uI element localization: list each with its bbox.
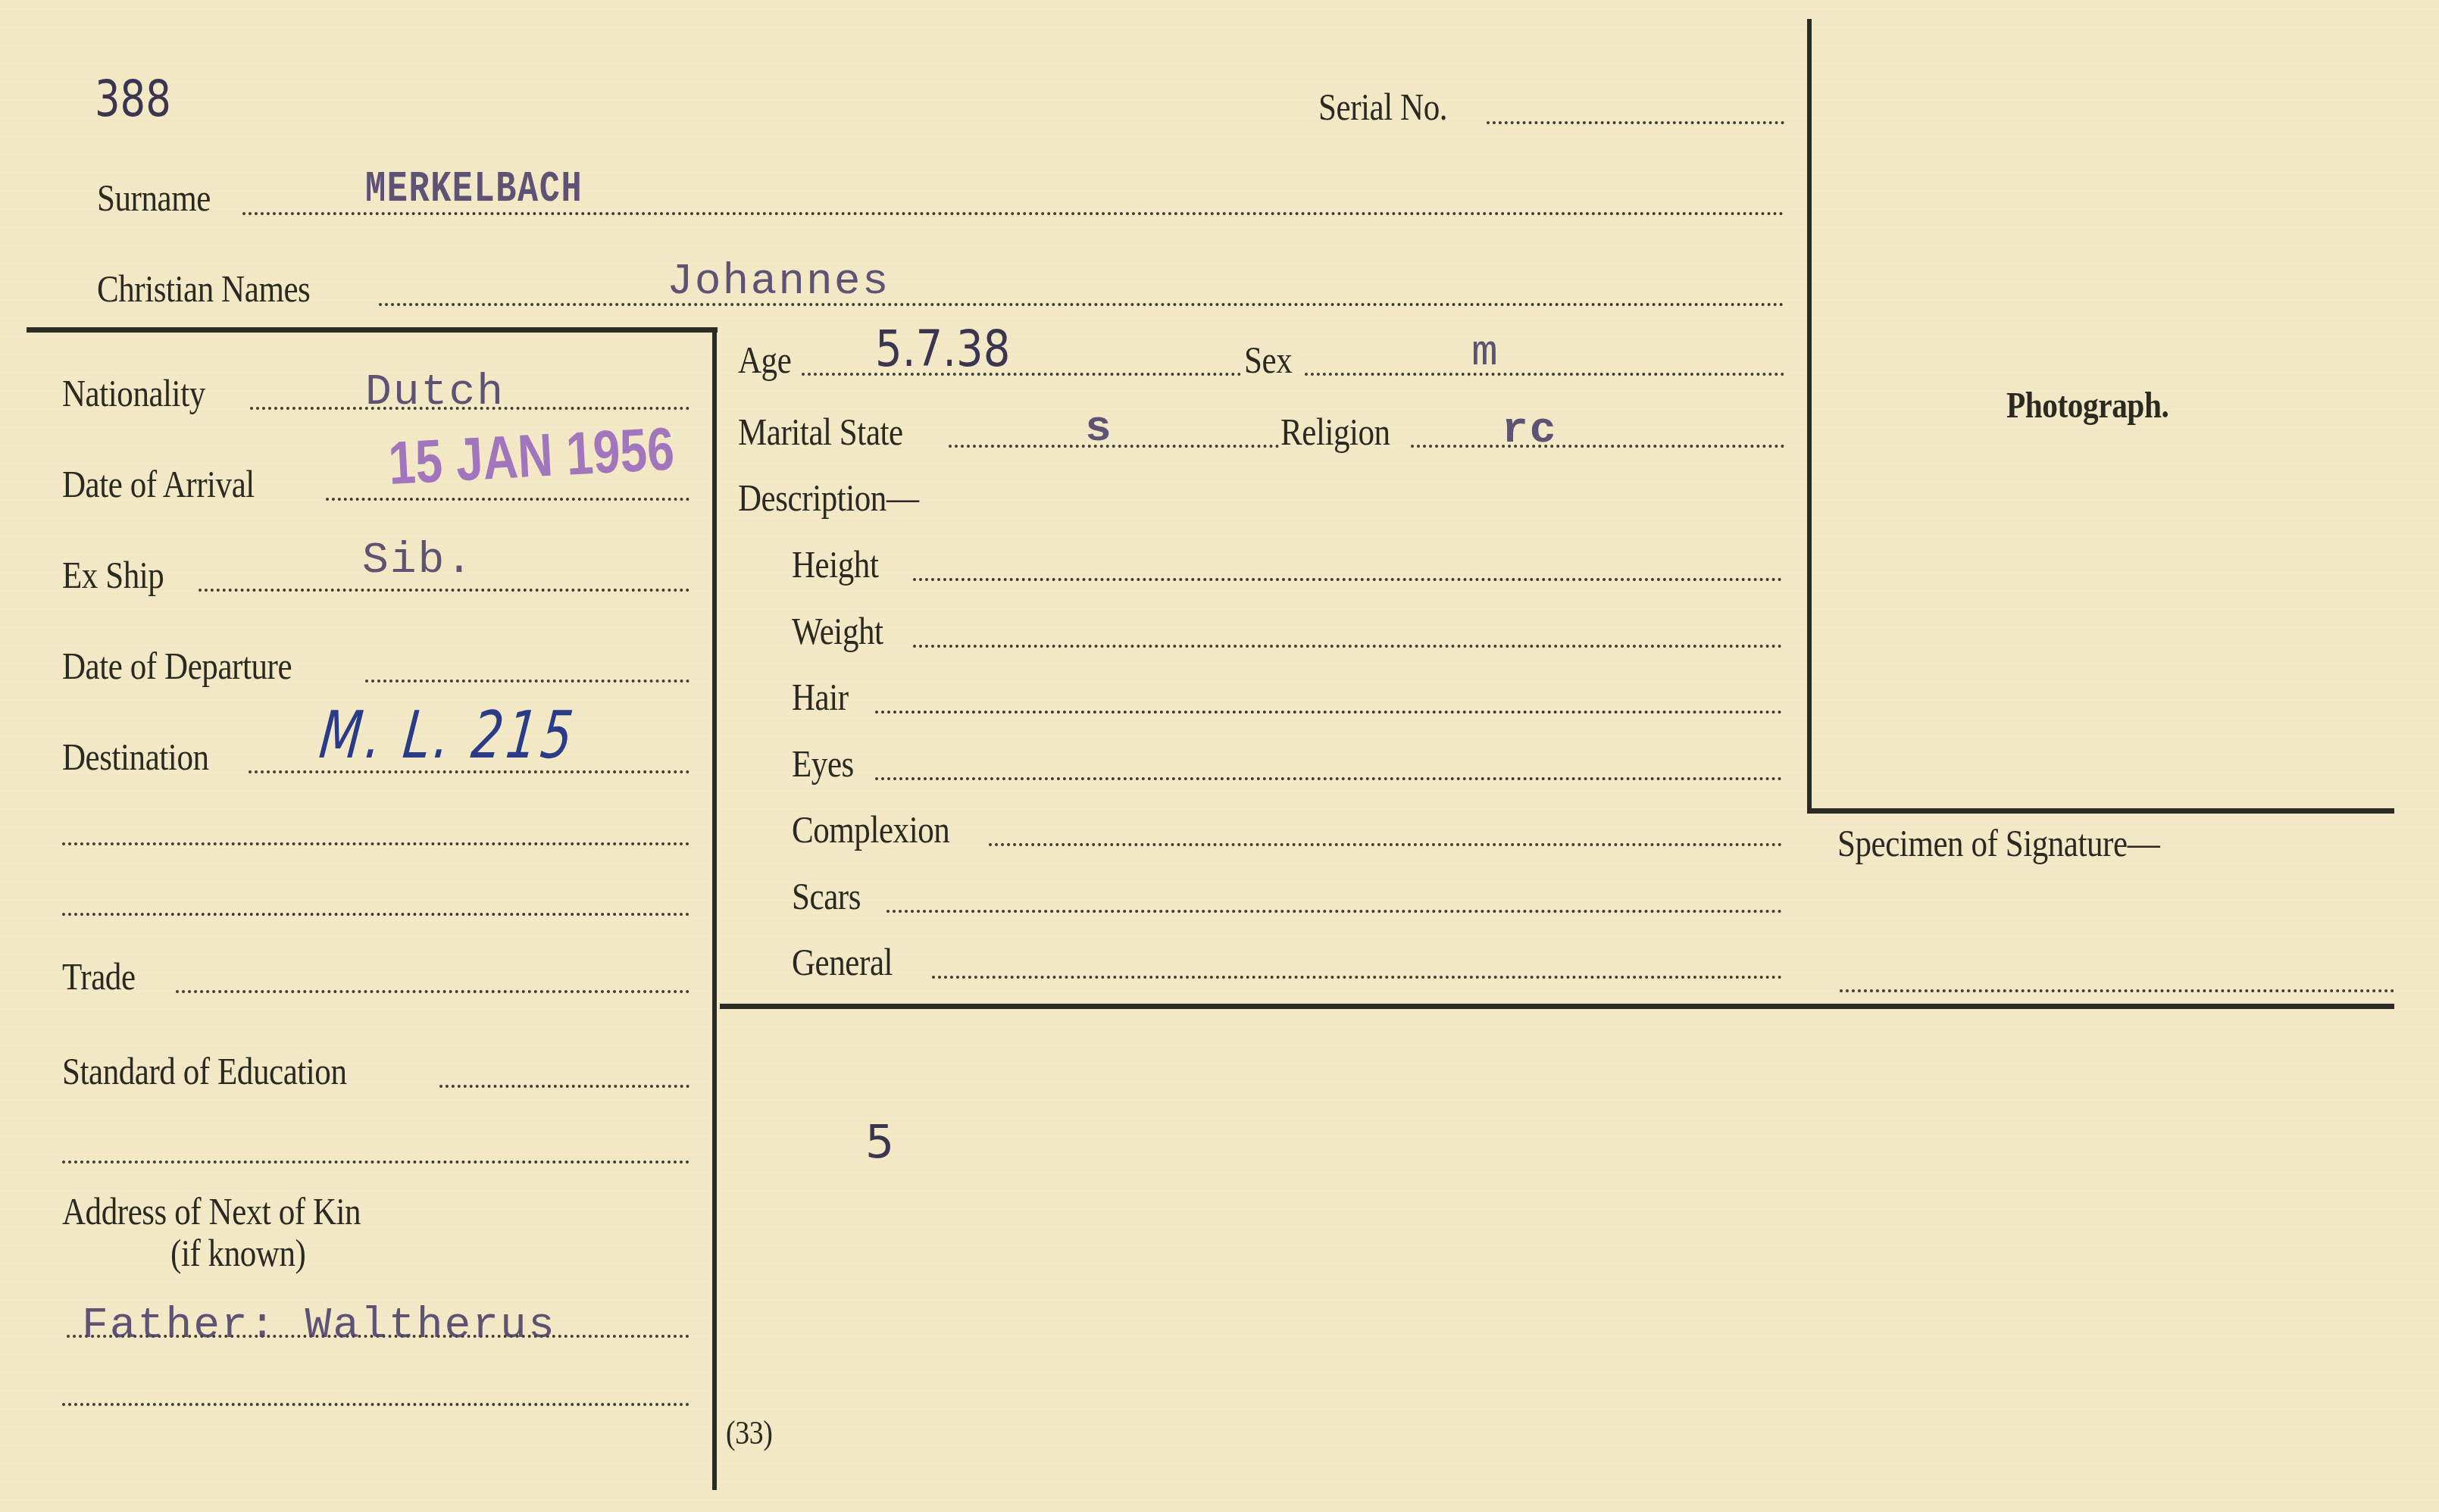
description-scars-field[interactable] <box>886 910 1782 913</box>
next-of-kin-label: Address of Next of Kin <box>62 1192 361 1230</box>
christian-names-value: Johannes <box>667 261 890 305</box>
serial-no-label: Serial No. <box>1318 88 1447 126</box>
lower-note-number: 5 <box>865 1120 894 1165</box>
form-number: (33) <box>726 1417 772 1450</box>
standard-of-education-label: Standard of Education <box>62 1052 346 1090</box>
ex-ship-value: Sib. <box>362 539 474 583</box>
religion-value: rc <box>1502 409 1558 453</box>
serial-no-field[interactable] <box>1487 121 1784 124</box>
description-heading: Description— <box>738 479 918 517</box>
description-scars-label: Scars <box>792 877 861 915</box>
age-field[interactable] <box>802 373 1241 376</box>
sex-value: m <box>1471 332 1499 376</box>
christian-names-label: Christian Names <box>97 270 310 308</box>
left-column-divider <box>712 327 717 1490</box>
sex-label: Sex <box>1244 341 1292 379</box>
description-eyes-field[interactable] <box>875 777 1782 780</box>
description-complexion-label: Complexion <box>792 811 949 848</box>
ex-ship-field[interactable] <box>199 589 689 592</box>
religion-label: Religion <box>1280 413 1390 451</box>
next-of-kin-extra-line[interactable] <box>62 1403 689 1406</box>
next-of-kin-sublabel: (if known) <box>170 1234 305 1272</box>
destination-extra-line-2[interactable] <box>62 913 689 916</box>
top-left-rule <box>27 327 718 333</box>
education-extra-line[interactable] <box>62 1161 689 1164</box>
age-value: 5.7.38 <box>875 324 1010 374</box>
card-number: 388 <box>95 74 171 124</box>
photo-box-bottom-border <box>1807 808 2394 814</box>
trade-field[interactable] <box>176 990 689 993</box>
marital-state-value: s <box>1085 408 1113 451</box>
nationality-value: Dutch <box>365 371 505 415</box>
standard-of-education-field[interactable] <box>439 1085 689 1088</box>
surname-value: MERKELBACH <box>365 168 583 212</box>
description-height-field[interactable] <box>913 578 1782 581</box>
photo-box-left-border <box>1807 19 1812 813</box>
date-of-arrival-label: Date of Arrival <box>62 465 255 503</box>
description-eyes-label: Eyes <box>792 745 854 783</box>
date-of-departure-label: Date of Departure <box>62 647 292 685</box>
description-general-label: General <box>792 943 893 981</box>
registration-card: 388 Serial No. Surname MERKELBACH Christ… <box>0 0 2439 1512</box>
description-height-label: Height <box>792 545 878 583</box>
description-complexion-field[interactable] <box>989 843 1782 846</box>
description-weight-label: Weight <box>792 612 883 650</box>
marital-state-label: Marital State <box>738 413 903 451</box>
marital-state-field[interactable] <box>949 445 1279 448</box>
description-weight-field[interactable] <box>913 645 1782 648</box>
description-general-field[interactable] <box>932 976 1782 979</box>
surname-label: Surname <box>97 179 211 217</box>
age-label: Age <box>738 341 791 379</box>
arrival-date-stamp: 15 JAN 1956 <box>387 418 676 494</box>
sex-field[interactable] <box>1305 373 1784 376</box>
date-of-arrival-field[interactable] <box>326 498 689 501</box>
next-of-kin-value: Father: Waltherus <box>82 1304 556 1348</box>
description-hair-field[interactable] <box>875 711 1782 714</box>
ex-ship-label: Ex Ship <box>62 556 164 594</box>
date-of-departure-field[interactable] <box>365 679 689 683</box>
description-hair-label: Hair <box>792 678 849 716</box>
trade-label: Trade <box>62 957 136 995</box>
signature-label: Specimen of Signature— <box>1837 824 2159 862</box>
destination-value: M. L. 215 <box>317 703 579 768</box>
christian-names-field[interactable] <box>379 303 1784 306</box>
nationality-label: Nationality <box>62 374 205 412</box>
religion-field[interactable] <box>1411 445 1784 448</box>
photograph-area <box>1815 19 2394 807</box>
destination-label: Destination <box>62 738 209 776</box>
lower-section-rule <box>720 1004 2394 1009</box>
signature-field[interactable] <box>1840 989 2394 992</box>
destination-extra-line-1[interactable] <box>62 842 689 845</box>
